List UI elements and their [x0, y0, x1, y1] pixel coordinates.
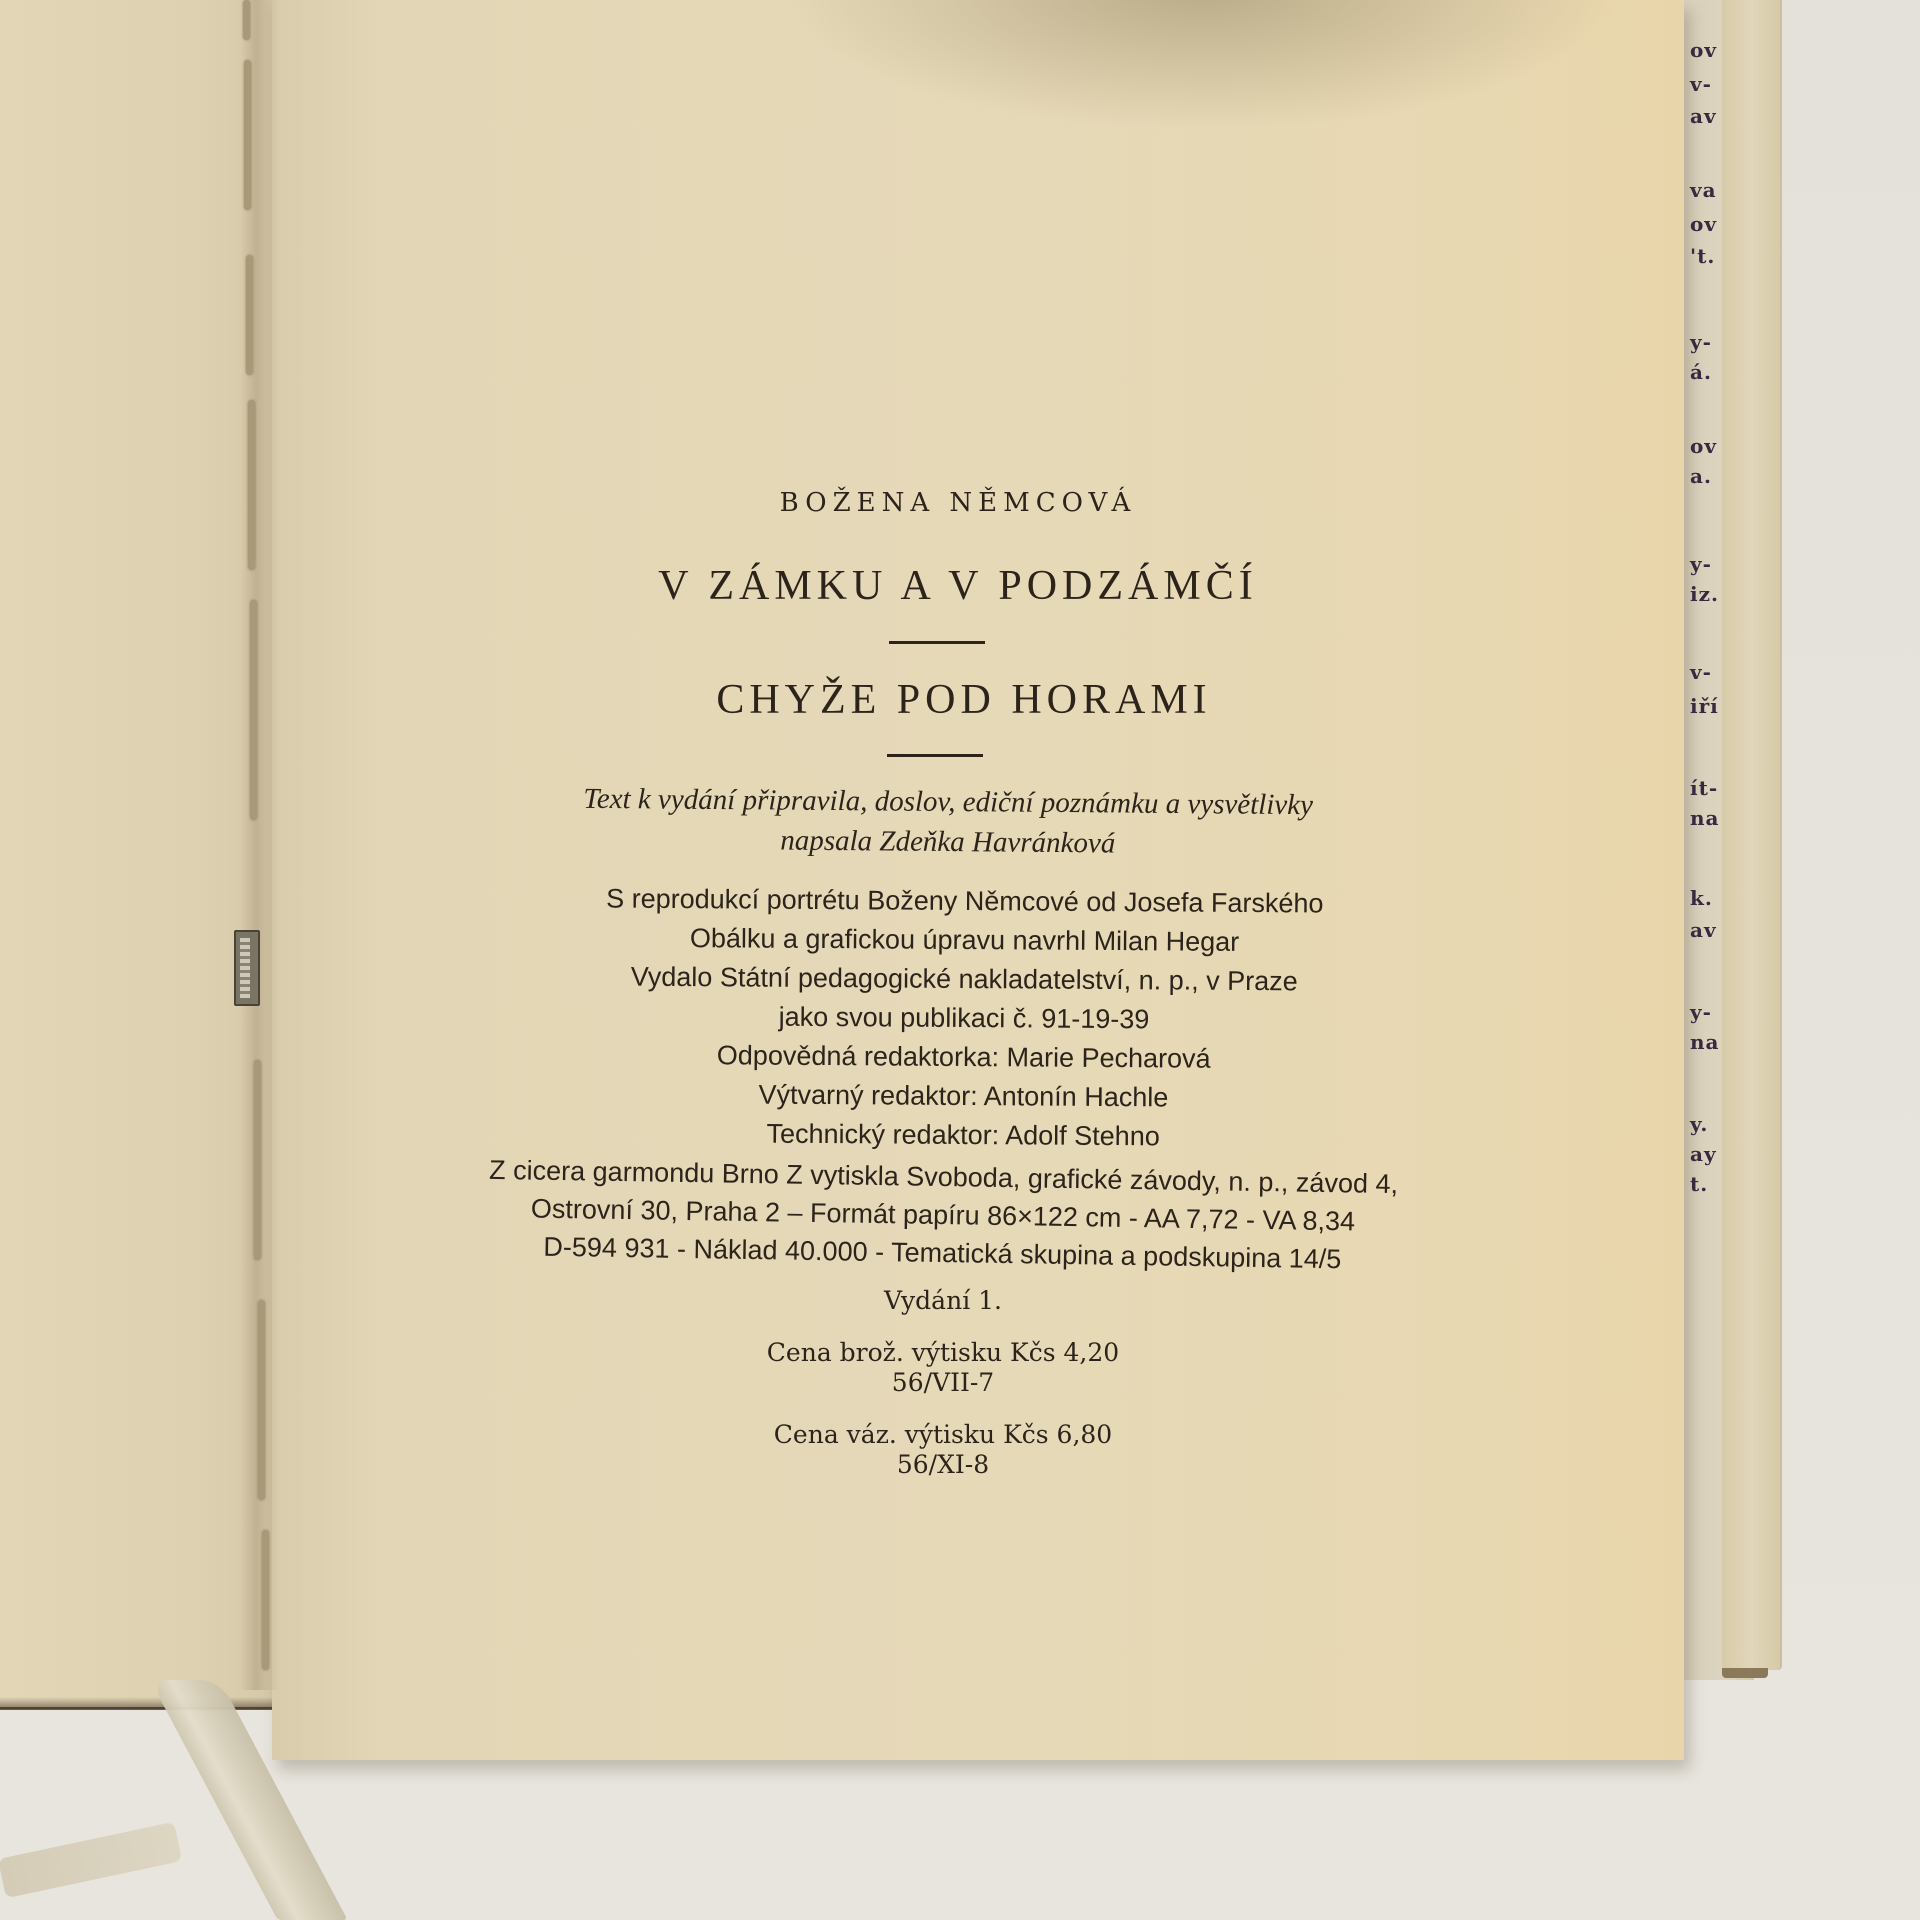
- edge-text-fragment: na: [1690, 806, 1720, 830]
- editor-note: Text k vydání připravila, doslov, ediční…: [212, 776, 1685, 869]
- edge-text-fragment: iří: [1690, 694, 1719, 718]
- edge-text-fragment: v-: [1690, 660, 1712, 684]
- title-secondary: CHYŽE POD HORAMI: [244, 676, 1684, 724]
- edge-text-fragment: ít-: [1690, 776, 1718, 800]
- edge-text-fragment: y-: [1690, 1000, 1712, 1024]
- edge-text-fragment: ay: [1690, 1142, 1717, 1166]
- binding-stitch: [262, 1530, 269, 1670]
- book-photo: ovv-avvaov't.y-á.ova.y-iz.v-iříít-nak.av…: [0, 0, 1920, 1920]
- divider-rule: [889, 641, 985, 644]
- credits-block: S reprodukcí portrétu Boženy Němcové od …: [243, 877, 1685, 1160]
- price-paperback: Cena brož. výtisku Kčs 4,20: [202, 1338, 1684, 1368]
- binding-stitch: [246, 255, 253, 375]
- edge-text-fragment: va: [1690, 178, 1717, 202]
- edge-text-fragment: av: [1690, 918, 1717, 942]
- edge-text-fragment: y-: [1690, 330, 1712, 354]
- author-name: BOŽENA NĚMCOVÁ: [232, 488, 1684, 518]
- price-hardback: Cena váz. výtisku Kčs 6,80: [202, 1420, 1684, 1450]
- ribbon-bookmark-tail: [0, 1822, 182, 1899]
- binding-stitch: [248, 400, 255, 570]
- edge-text-fragment: á.: [1690, 360, 1712, 384]
- print-info-block: Z cicera garmondu Brno Z vytiskla Svobod…: [201, 1146, 1685, 1283]
- binding-stitch: [243, 0, 250, 40]
- edition-number: Vydání 1.: [202, 1286, 1684, 1315]
- price-paperback-code: 56/VII-7: [202, 1368, 1684, 1398]
- edge-text-fragment: a.: [1690, 464, 1712, 488]
- divider-rule: [887, 754, 983, 757]
- edge-text-fragment: av: [1690, 104, 1717, 128]
- edge-text-fragment: ov: [1690, 434, 1717, 458]
- price-hardback-code: 56/XI-8: [202, 1450, 1684, 1480]
- edge-text-fragment: t.: [1690, 1172, 1708, 1196]
- edge-text-fragment: na: [1690, 1030, 1720, 1054]
- edge-text-fragment: v-: [1690, 72, 1712, 96]
- edge-text-fragment: y.: [1690, 1112, 1708, 1136]
- edge-text-fragment: iz.: [1690, 582, 1719, 606]
- title-primary: V ZÁMKU A V PODZÁMČÍ: [232, 562, 1684, 610]
- edge-text-fragment: ov: [1690, 38, 1717, 62]
- book-cover-edge: [1722, 0, 1782, 1670]
- edge-text-fragment: y-: [1690, 552, 1712, 576]
- edge-text-fragment: ov: [1690, 212, 1717, 236]
- price-block: Cena brož. výtisku Kčs 4,20 56/VII-7 Cen…: [202, 1338, 1684, 1480]
- binding-stitch: [244, 60, 251, 210]
- edge-text-fragment: k.: [1690, 886, 1713, 910]
- edge-text-fragment: 't.: [1690, 244, 1715, 268]
